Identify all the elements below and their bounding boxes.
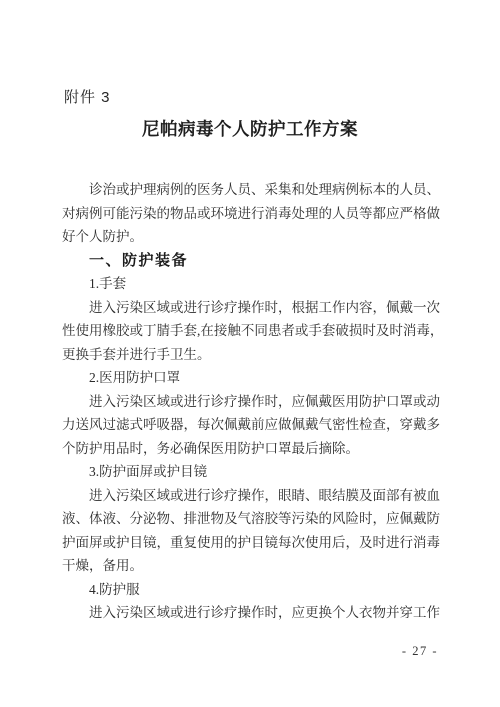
text-line: 诊治或护理病例的医务人员、采集和处理病例标本的人员、 xyxy=(62,178,442,202)
doc-title: 尼帕病毒个人防护工作方案 xyxy=(0,116,500,141)
text-line: 液、体液、分泌物、排泄物及气溶胶等污染的风险时，应佩戴防 xyxy=(62,507,442,531)
text-line: 进入污染区域或进行诊疗操作时，应更换个人衣物并穿工作 xyxy=(62,601,442,625)
text-line: 护面屏或护目镜，重复使用的护目镜每次使用后，及时进行消毒 xyxy=(62,531,442,555)
text-line: 更换手套并进行手卫生。 xyxy=(62,343,442,367)
text-line: 1.手套 xyxy=(62,272,442,296)
text-line: 4.防护服 xyxy=(62,578,442,602)
text-line: 个防护用品时，务必确保医用防护口罩最后摘除。 xyxy=(62,437,442,461)
text-line: 力送风过滤式呼吸器，每次佩戴前应做佩戴气密性检查，穿戴多 xyxy=(62,413,442,437)
document-body: 诊治或护理病例的医务人员、采集和处理病例标本的人员、对病例可能污染的物品或环境进… xyxy=(62,178,442,625)
text-line: 2.医用防护口罩 xyxy=(62,366,442,390)
text-line: 干燥，备用。 xyxy=(62,554,442,578)
page-number: - 27 - xyxy=(402,644,438,659)
text-line: 进入污染区域或进行诊疗操作时，根据工作内容，佩戴一次 xyxy=(62,296,442,320)
attachment-label: 附件 3 xyxy=(64,86,111,107)
text-line: 好个人防护。 xyxy=(62,225,442,249)
text-line: 进入污染区域或进行诊疗操作时，应佩戴医用防护口罩或动 xyxy=(62,390,442,414)
document-page: 附件 3 尼帕病毒个人防护工作方案 诊治或护理病例的医务人员、采集和处理病例标本… xyxy=(0,0,500,707)
text-line: 进入污染区域或进行诊疗操作，眼睛、眼结膜及面部有被血 xyxy=(62,484,442,508)
text-line: 对病例可能污染的物品或环境进行消毒处理的人员等都应严格做 xyxy=(62,202,442,226)
text-line: 性使用橡胶或丁腈手套,在接触不同患者或手套破损时及时消毒， xyxy=(62,319,442,343)
text-line: 3.防护面屏或护目镜 xyxy=(62,460,442,484)
section-heading: 一、防护装备 xyxy=(62,249,442,273)
